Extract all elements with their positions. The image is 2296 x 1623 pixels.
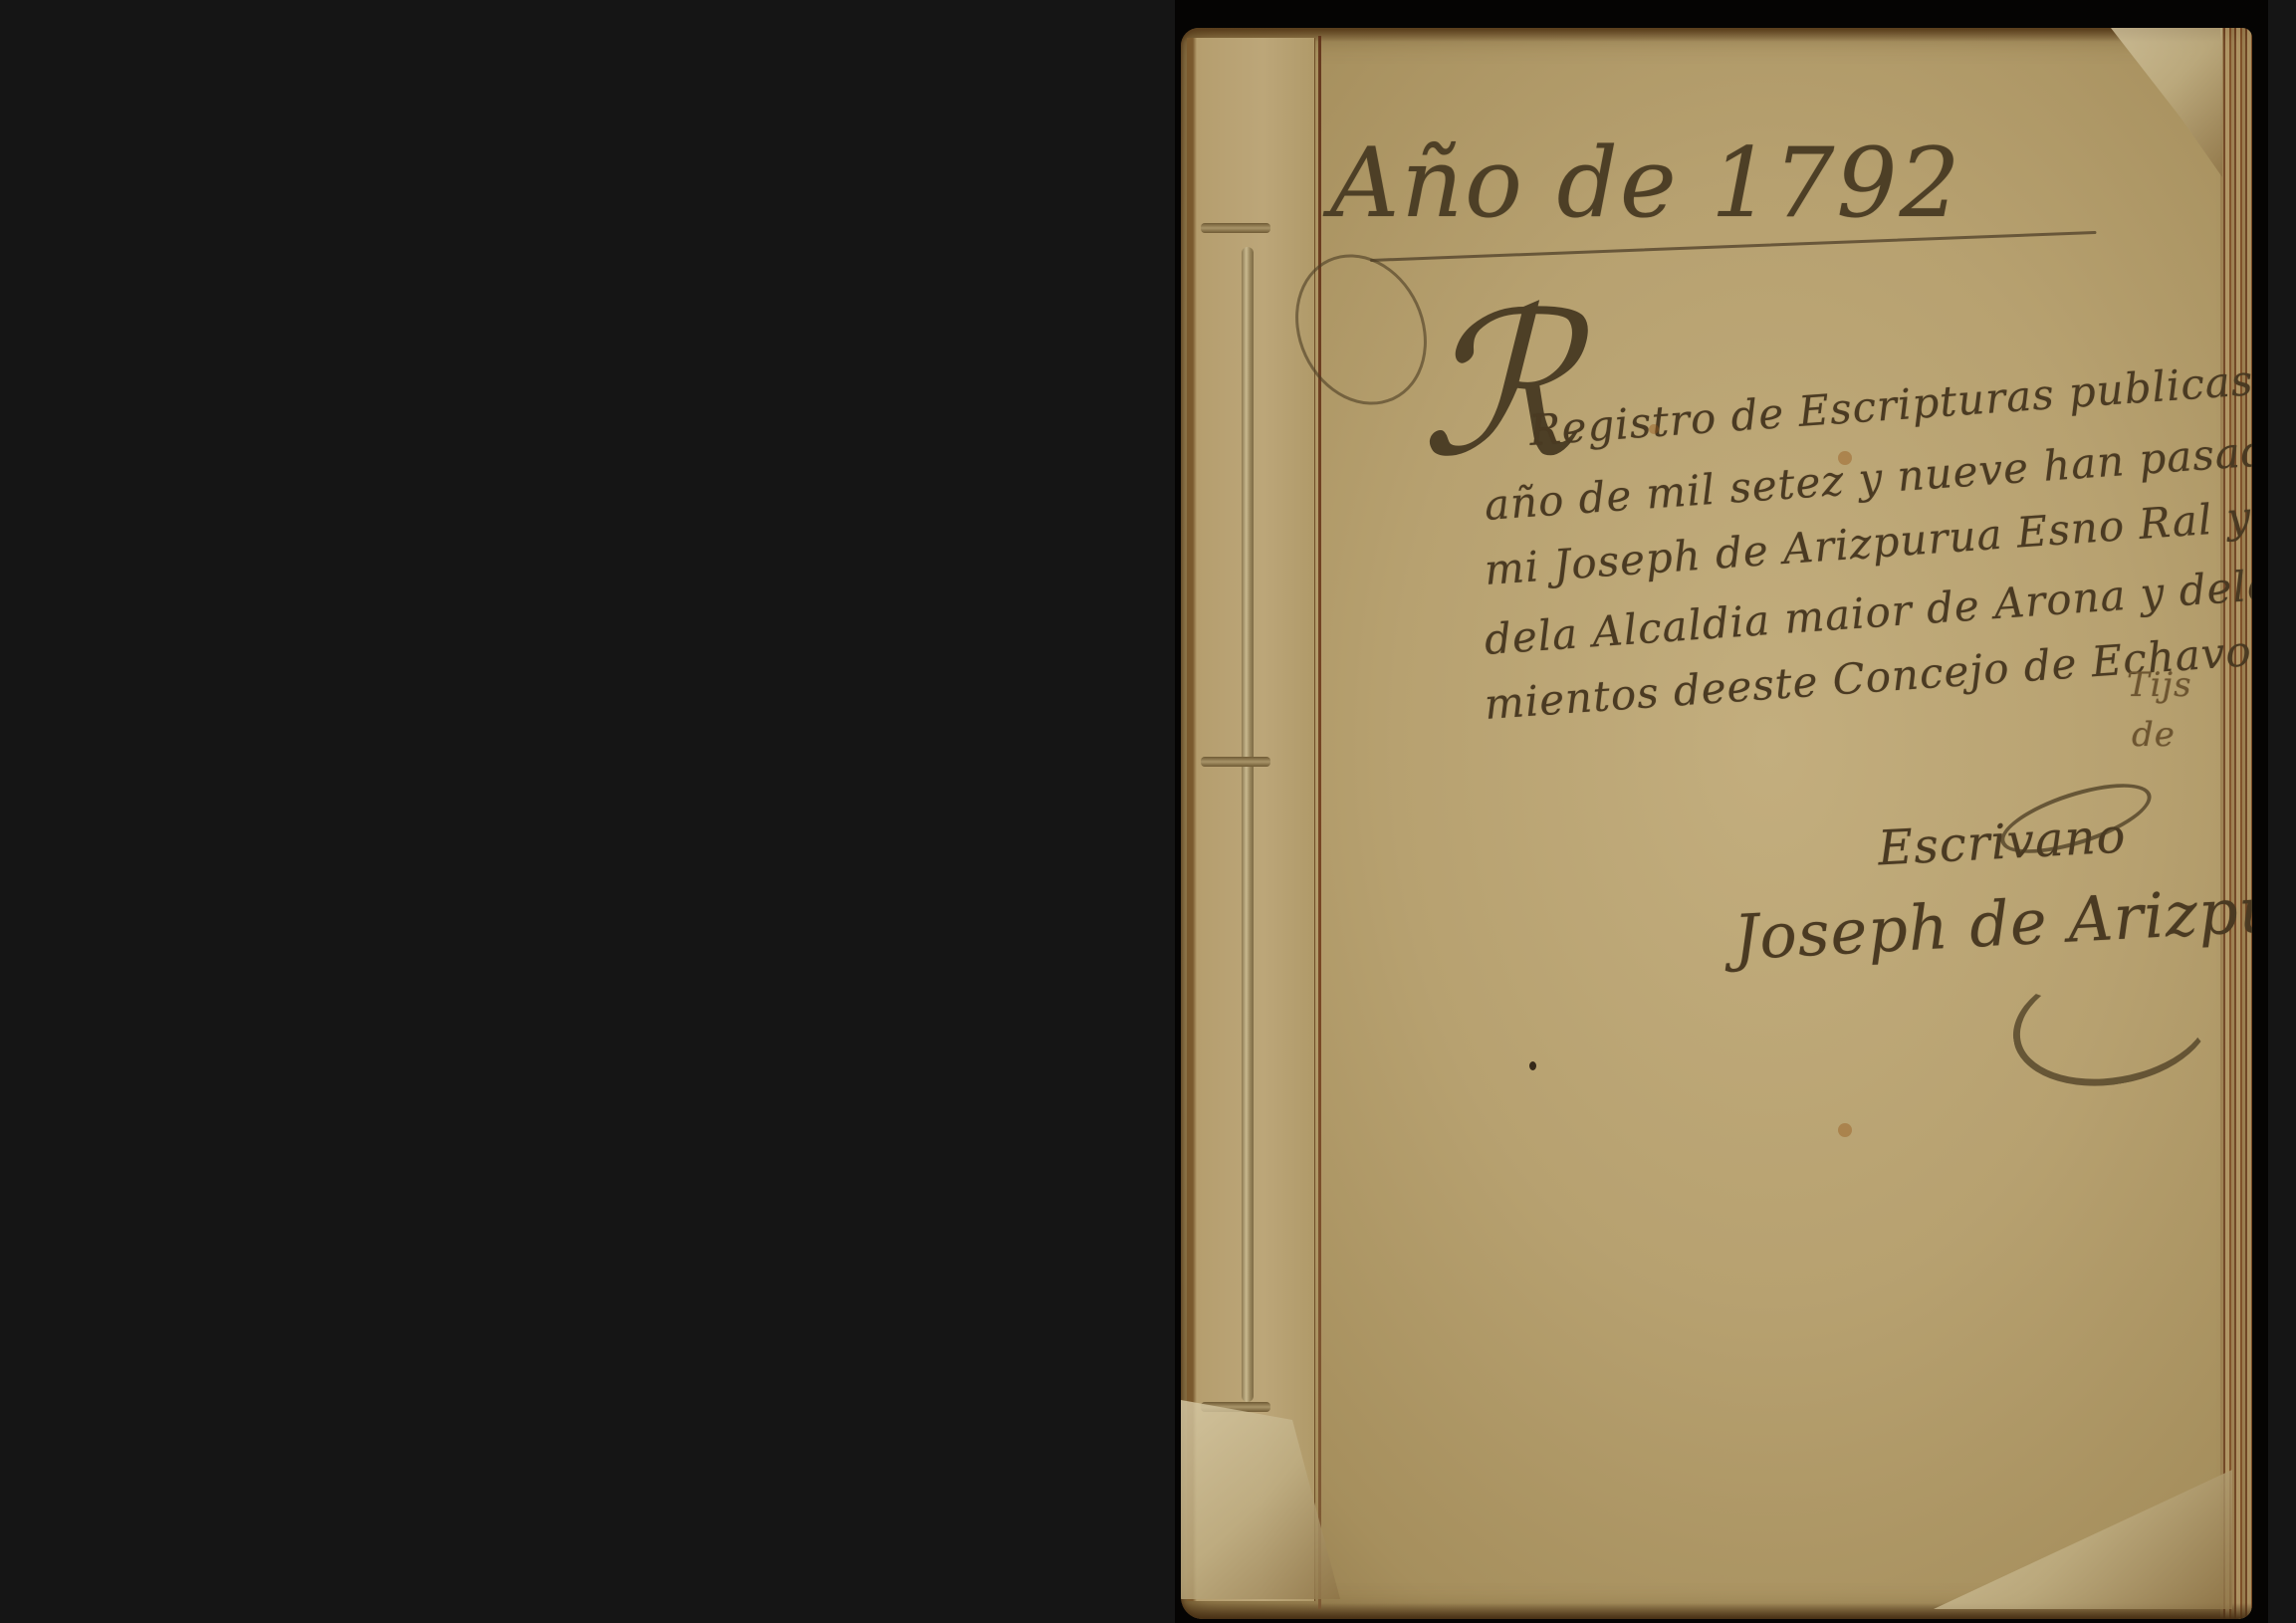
margin-note-line-1: Tijs	[2127, 665, 2192, 705]
ink-dot	[1529, 1061, 1536, 1070]
decorative-initial-r: ℛ	[1420, 287, 1579, 486]
binding-tie-top	[1201, 223, 1270, 233]
manuscript-page: Año de 1792 ℛ Registro de Escripturas pu…	[1181, 28, 2252, 1619]
torn-corner-bottom-right	[1934, 1470, 2232, 1609]
paper-stain	[1838, 1123, 1852, 1137]
torn-corner-bottom-left	[1181, 1400, 1340, 1599]
signature-name: Joseph de Arizpurua	[1732, 867, 2252, 974]
empty-viewer-panel	[0, 0, 1175, 1623]
binding-tie-middle	[1201, 757, 1270, 767]
binding-cord	[1242, 247, 1254, 1402]
torn-corner-top-right	[2083, 28, 2222, 177]
margin-note-line-2: de	[2132, 715, 2176, 755]
document-title: Año de 1792	[1330, 127, 1962, 239]
page-edge-right-stack	[2220, 28, 2252, 1619]
binding-spine	[1187, 38, 1315, 1601]
ink-stain	[1649, 424, 1659, 434]
page-edge-top	[1181, 28, 2252, 42]
ink-stain	[1838, 451, 1852, 465]
signature-rubric	[2003, 947, 2221, 1100]
viewer-right-margin	[2268, 0, 2296, 1623]
